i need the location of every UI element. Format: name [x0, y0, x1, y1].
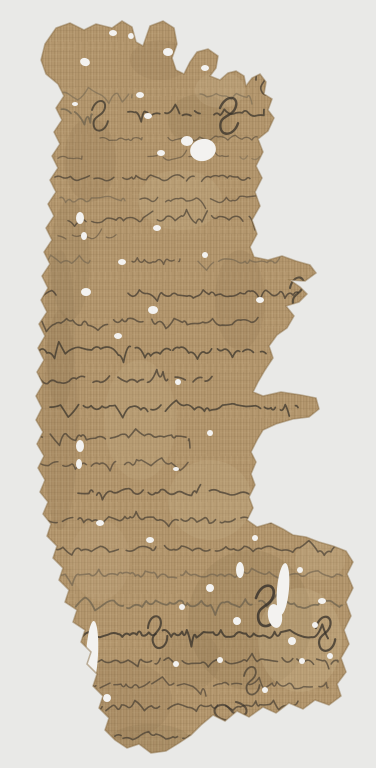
hole [312, 622, 318, 628]
hole [252, 535, 258, 541]
dark-stain [45, 250, 75, 410]
hole [288, 637, 296, 645]
papyrus-scan-page [0, 0, 376, 768]
hole [181, 136, 193, 146]
hole [153, 225, 161, 231]
hole [76, 440, 84, 452]
hole [81, 232, 87, 240]
hole [136, 92, 144, 98]
hole [76, 212, 84, 224]
hole [109, 30, 117, 36]
hole [202, 252, 208, 258]
hole [236, 562, 244, 578]
hole [318, 598, 326, 604]
hole [76, 459, 82, 469]
hole [262, 687, 268, 693]
hole [103, 694, 111, 702]
hole [81, 288, 91, 296]
hole [173, 467, 179, 471]
hole [163, 48, 173, 56]
hole [207, 430, 213, 436]
hole [144, 113, 152, 119]
hole [175, 379, 181, 385]
hole [233, 617, 241, 625]
hole [201, 65, 209, 71]
hole [146, 537, 154, 543]
hole [173, 661, 179, 667]
hole [217, 657, 223, 663]
hole [148, 306, 158, 314]
papyrus-scan-image [0, 0, 376, 768]
hole [114, 333, 122, 339]
hole [96, 520, 104, 526]
hole [72, 102, 78, 106]
hole [118, 259, 126, 265]
hole [157, 150, 165, 156]
hole [299, 658, 305, 664]
hole [206, 584, 214, 592]
hole [256, 297, 264, 303]
light-patch [168, 460, 252, 540]
dark-stain [64, 118, 116, 202]
hole [179, 604, 185, 610]
hole [297, 567, 303, 573]
light-patch [70, 520, 130, 600]
hole [327, 653, 333, 659]
